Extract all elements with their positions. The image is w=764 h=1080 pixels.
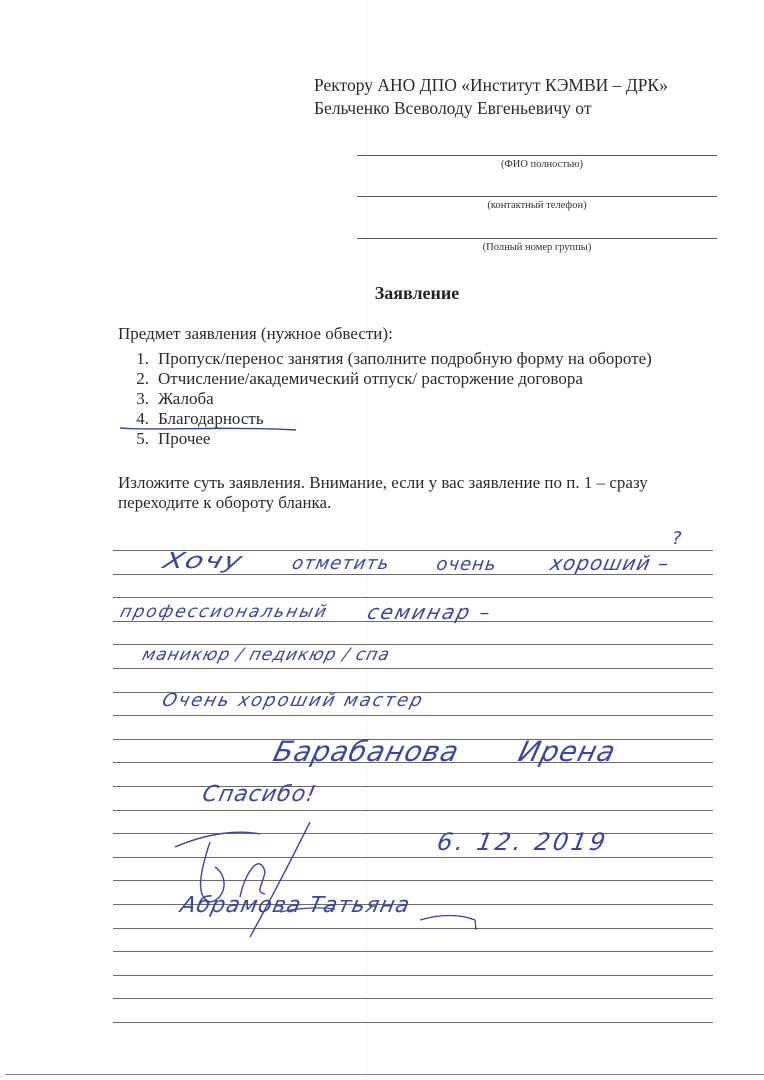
handwritten-text: Барабанова: [270, 735, 463, 768]
handwritten-text: Хочу: [160, 549, 246, 574]
handwritten-text: очень: [435, 554, 498, 575]
ruled-line: [113, 951, 713, 952]
ruled-line: [113, 998, 713, 999]
ruled-line: [113, 715, 713, 716]
handwritten-text: семинар –: [365, 600, 495, 624]
handwritten-text: хороший –: [548, 551, 672, 575]
handwritten-mark: ?: [672, 528, 683, 549]
page-bottom-rule: [5, 1074, 764, 1075]
handwritten-text: отметить: [290, 553, 392, 574]
ruled-line: [113, 975, 713, 976]
handwritten-text: Очень хороший мастер: [160, 690, 426, 711]
ruled-line: [113, 833, 713, 834]
handwritten-text: Спасибо!: [200, 782, 319, 807]
handwriting-area[interactable]: [113, 0, 713, 1080]
handwritten-text: профессиональный: [118, 602, 330, 622]
ruled-line: [113, 1022, 713, 1023]
ruled-line: [113, 597, 713, 598]
handwritten-date: 6. 12. 2019: [435, 828, 610, 856]
ruled-line: [113, 668, 713, 669]
ruled-line: [113, 880, 713, 881]
handwritten-text: маникюр / педикюр / спа: [140, 645, 392, 665]
handwritten-text: Ирена: [515, 735, 620, 768]
ruled-line: [113, 810, 713, 811]
ruled-line: [113, 857, 713, 858]
ruled-line: [113, 928, 713, 929]
handwritten-name: Абрамова Татьяна: [178, 893, 413, 918]
ruled-line: [113, 786, 713, 787]
